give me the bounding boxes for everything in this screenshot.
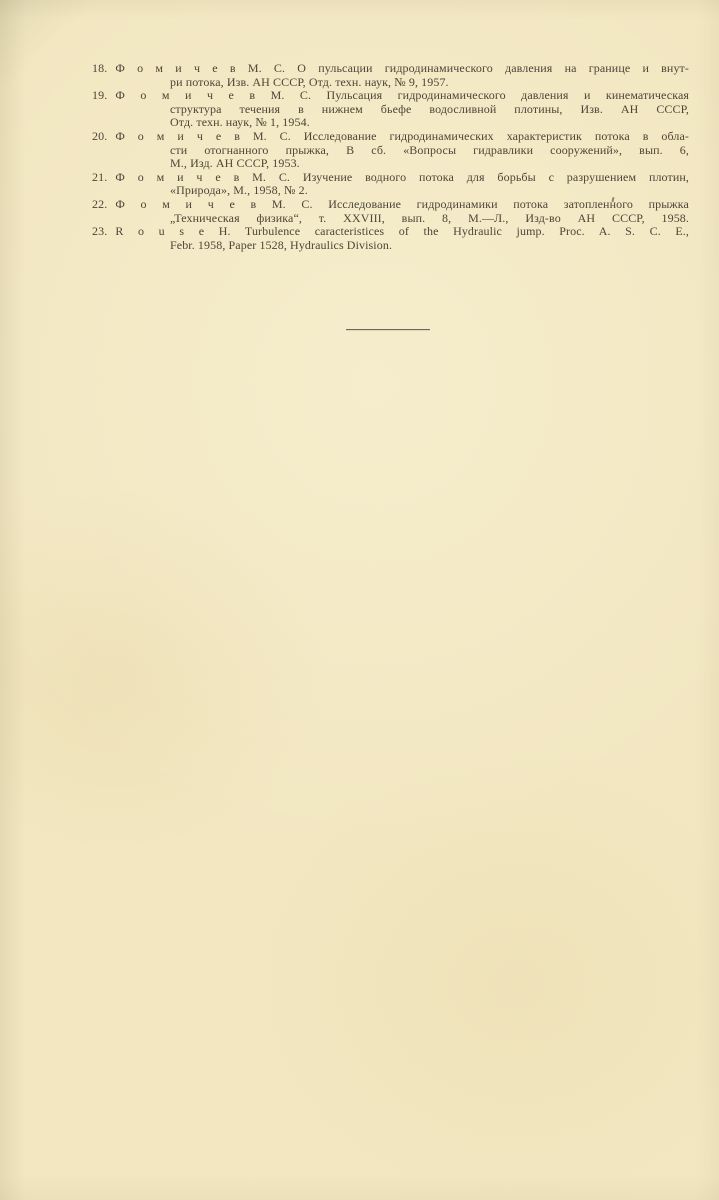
reference-first-line: 22.Ф о м и ч е в М. С. Исследование гидр… [92,198,689,212]
reference-text: R o u s e H. Turbulence caracteristices … [115,224,689,238]
reference-continuation-line: сти отогнанного прыжка, В сб. «Вопросы г… [170,144,689,158]
reference-continuation-line: структура течения в нижнем бьефе водосли… [170,103,689,117]
reference-continuation-line: «Природа», М., 1958, № 2. [170,184,689,198]
reference-number: 23. [92,225,107,239]
reference-first-line: 18.Ф о м и ч е в М. С. О пульсации гидро… [92,62,689,76]
reference-item: 22.Ф о м и ч е в М. С. Исследование гидр… [92,198,689,225]
reference-item: 23.R o u s e H. Turbulence caracteristic… [92,225,689,252]
reference-number: 19. [92,89,107,103]
reference-number: 20. [92,130,107,144]
reference-list: 18.Ф о м и ч е в М. С. О пульсации гидро… [92,62,689,252]
reference-number: 21. [92,171,107,185]
reference-text: Ф о м и ч е в М. С. Исследование гидроди… [115,129,689,143]
reference-item: 18.Ф о м и ч е в М. С. О пульсации гидро… [92,62,689,89]
reference-continuation-line: М., Изд. АН СССР, 1953. [170,157,689,171]
reference-item: 21.Ф о м и ч е в М. С. Изучение водного … [92,171,689,198]
reference-continuation-line: Отд. техн. наук, № 1, 1954. [170,116,689,130]
reference-continuation-line: „Техническая физика“, т. XXVIII, вып. 8,… [170,212,689,226]
reference-text: Ф о м и ч е в М. С. Пульсация гидродинам… [115,88,689,102]
scanned-page: 18.Ф о м и ч е в М. С. О пульсации гидро… [0,0,719,1200]
reference-continuation-line: Febr. 1958, Paper 1528, Hydraulics Divis… [170,239,689,253]
reference-text: Ф о м и ч е в М. С. О пульсации гидродин… [115,61,689,75]
reference-first-line: 19.Ф о м и ч е в М. С. Пульсация гидроди… [92,89,689,103]
reference-continuation-line: ри потока, Изв. АН СССР, Отд. техн. наук… [170,76,689,90]
reference-item: 19.Ф о м и ч е в М. С. Пульсация гидроди… [92,89,689,130]
reference-first-line: 21.Ф о м и ч е в М. С. Изучение водного … [92,171,689,185]
reference-item: 20.Ф о м и ч е в М. С. Исследование гидр… [92,130,689,171]
reference-number: 18. [92,62,107,76]
reference-text: Ф о м и ч е в М. С. Исследование гидроди… [115,197,689,211]
reference-first-line: 23.R o u s e H. Turbulence caracteristic… [92,225,689,239]
reference-first-line: 20.Ф о м и ч е в М. С. Исследование гидр… [92,130,689,144]
reference-text: Ф о м и ч е в М. С. Изучение водного пот… [115,170,689,184]
footnote-rule [346,329,430,330]
reference-number: 22. [92,198,107,212]
